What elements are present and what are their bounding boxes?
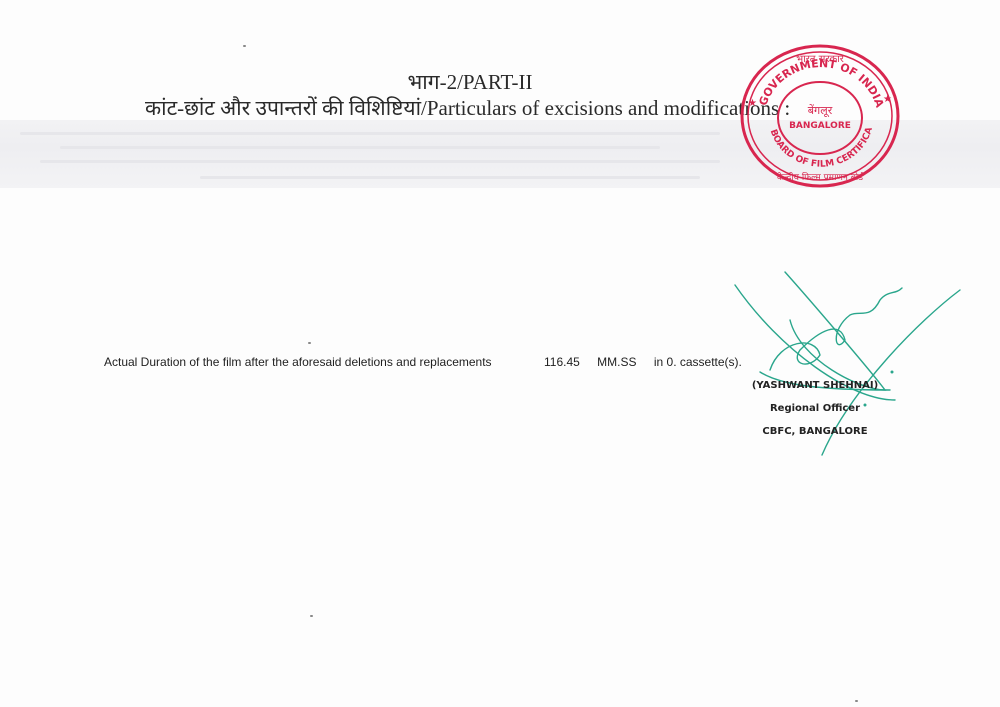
svg-text:BANGALORE: BANGALORE xyxy=(789,121,851,131)
section-title: कांट-छांट और उपान्तरों की विशिष्टियां/Pa… xyxy=(145,94,790,122)
svg-text:★: ★ xyxy=(748,98,757,109)
cbfc-stamp-icon: GOVERNMENT OF INDIA BOARD OF FILM CERTIF… xyxy=(738,40,903,190)
duration-value: 116.45 xyxy=(544,355,580,369)
signatory-designation: Regional Officer xyxy=(745,403,885,414)
svg-text:★: ★ xyxy=(883,94,892,105)
svg-text:भारत सरकार: भारत सरकार xyxy=(796,54,845,65)
signatory-name: (YASHWANT SHEHNAI) xyxy=(745,380,885,391)
scan-speck xyxy=(243,45,246,47)
duration-label: Actual Duration of the film after the af… xyxy=(104,355,492,369)
scan-speck xyxy=(310,615,313,617)
scan-speck xyxy=(855,700,858,702)
svg-text:केन्द्रीय फिल्म प्रमाणन बोर्ड: केन्द्रीय फिल्म प्रमाणन बोर्ड xyxy=(777,171,864,183)
svg-text:बेंगलूर: बेंगलूर xyxy=(808,104,833,118)
scan-speck xyxy=(308,342,311,344)
signatory-office: CBFC, BANGALORE xyxy=(745,426,885,437)
signatory-block: (YASHWANT SHEHNAI) Regional Officer CBFC… xyxy=(745,380,885,449)
duration-unit: MM.SS xyxy=(597,355,636,369)
part-heading-text: भाग-2/PART-II xyxy=(408,70,533,94)
